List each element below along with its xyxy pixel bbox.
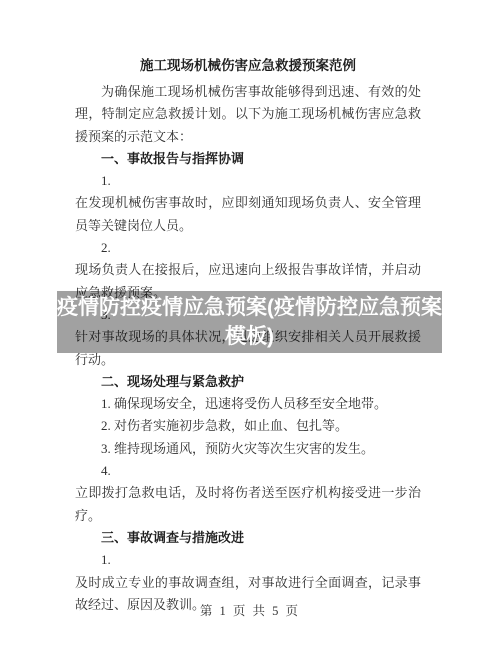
list-number: 1.	[75, 170, 421, 192]
paragraph: 立即拨打急救电话，及时将伤者送至医疗机构接受进一步治疗。	[75, 482, 421, 527]
section-heading: 一、事故报告与指挥协调	[75, 148, 421, 170]
list-item: 2. 对伤者实施初步急救，如止血、包扎等。	[75, 415, 421, 437]
watermark-text: 疫情防控疫情应急预案(疫情防控应急预案模板)	[57, 293, 442, 351]
document-page: 施工现场机械伤害应急救援预案范例 为确保施工现场机械伤害事故能够得到迅速、有效的…	[0, 0, 500, 647]
page-footer: 第 1 页 共 5 页	[0, 601, 500, 619]
list-item: 1. 确保现场安全，迅速将受伤人员移至安全地带。	[75, 393, 421, 415]
paragraph: 为确保施工现场机械伤害事故能够得到迅速、有效的处理，特制定应急救援计划。以下为施…	[75, 81, 421, 148]
section-heading: 三、事故调查与措施改进	[75, 527, 421, 549]
section-heading: 二、现场处理与紧急救护	[75, 371, 421, 393]
doc-title: 施工现场机械伤害应急救援预案范例	[75, 54, 421, 78]
list-number: 4.	[75, 460, 421, 482]
list-number: 1.	[75, 549, 421, 571]
list-item: 3. 维持现场通风，预防火灾等次生灾害的发生。	[75, 438, 421, 460]
watermark-overlay: 疫情防控疫情应急预案(疫情防控应急预案模板)	[57, 291, 442, 353]
list-number: 2.	[75, 237, 421, 259]
paragraph: 在发现机械伤害事故时，应即刻通知现场负责人、安全管理员等关键岗位人员。	[75, 192, 421, 237]
